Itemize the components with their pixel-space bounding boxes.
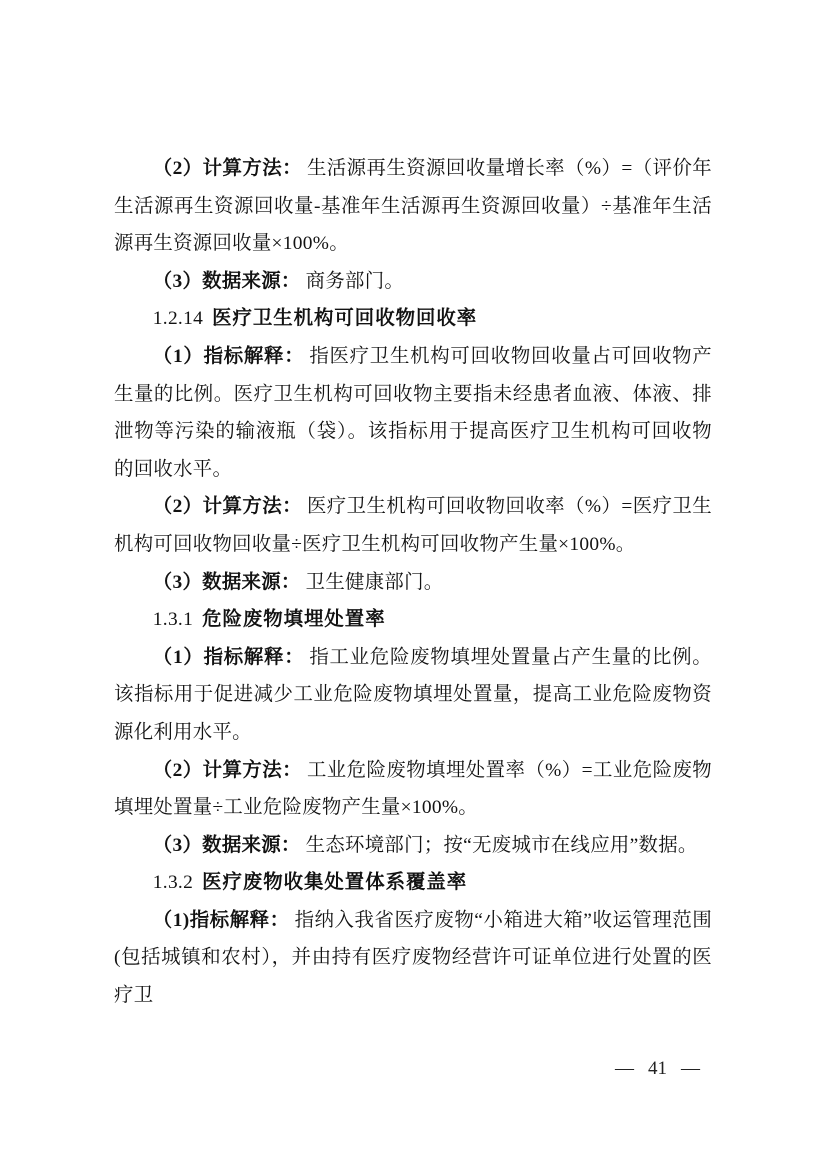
paragraph-calc-method-hazardous-landfill: （2）计算方法：工业危险废物填埋处置率（%）=工业危险废物填埋处置量÷工业危险废… (114, 752, 712, 827)
section-title: 危险废物填埋处置率 (202, 608, 386, 630)
section-number: 1.3.2 (153, 872, 193, 893)
paragraph-calc-method-medical-recyclables: （2）计算方法：医疗卫生机构可回收物回收率（%）=医疗卫生机构可回收物回收量÷医… (114, 488, 712, 563)
paragraph-indicator-explanation-hazardous-landfill: （1）指标解释：指工业危险废物填埋处置量占产生量的比例。该指标用于促进减少工业危… (114, 639, 712, 752)
paragraph-indicator-explanation-medical-recyclables: （1）指标解释：指医疗卫生机构可回收物回收量占可回收物产生量的比例。医疗卫生机构… (114, 338, 712, 488)
paragraph-label: （3）数据来源： (153, 835, 306, 856)
section-heading-1-2-14: 1.2.14医疗卫生机构可回收物回收率 (114, 300, 712, 338)
paragraph-data-source-commerce: （3）数据来源：商务部门。 (114, 263, 712, 301)
section-heading-1-3-2: 1.3.2医疗废物收集处置体系覆盖率 (114, 864, 712, 902)
paragraph-label: （2）计算方法： (153, 158, 307, 179)
paragraph-label: （2）计算方法： (153, 496, 307, 517)
section-number: 1.3.1 (153, 609, 193, 630)
paragraph-text: 卫生健康部门。 (306, 572, 444, 593)
paragraph-calc-method-recycling-growth: （2）计算方法：生活源再生资源回收量增长率（%）=（评价年生活源再生资源回收量-… (114, 150, 712, 263)
paragraph-label: （2）计算方法： (153, 760, 307, 781)
page-body: （2）计算方法：生活源再生资源回收量增长率（%）=（评价年生活源再生资源回收量-… (114, 150, 712, 1015)
paragraph-data-source-ecology: （3）数据来源：生态环境部门；按“无废城市在线应用”数据。 (114, 827, 712, 865)
footer-page-number: 41 (648, 1055, 667, 1083)
paragraph-data-source-health: （3）数据来源：卫生健康部门。 (114, 564, 712, 602)
paragraph-label: （1）指标解释： (153, 647, 310, 668)
paragraph-label: （1）指标解释： (153, 346, 310, 367)
paragraph-indicator-explanation-medical-waste-coverage: （1)指标解释：指纳入我省医疗废物“小箱进大箱”收运管理范围(包括城镇和农村），… (114, 902, 712, 1015)
section-number: 1.2.14 (153, 308, 203, 329)
document-page: { "content": [ { "type": "paragraph", "l… (0, 0, 826, 1169)
page-number: —41— (615, 1055, 700, 1083)
paragraph-label: （3）数据来源： (153, 271, 306, 292)
footer-left-dash: — (615, 1055, 634, 1083)
section-heading-1-3-1: 1.3.1危险废物填埋处置率 (114, 601, 712, 639)
paragraph-label: （1)指标解释： (153, 910, 295, 931)
footer-right-dash: — (681, 1055, 700, 1083)
paragraph-label: （3）数据来源： (153, 572, 306, 593)
paragraph-text: 生态环境部门；按“无废城市在线应用”数据。 (306, 835, 698, 856)
section-title: 医疗卫生机构可回收物回收率 (212, 307, 477, 329)
paragraph-text: 商务部门。 (306, 271, 404, 292)
section-title: 医疗废物收集处置体系覆盖率 (202, 871, 467, 893)
